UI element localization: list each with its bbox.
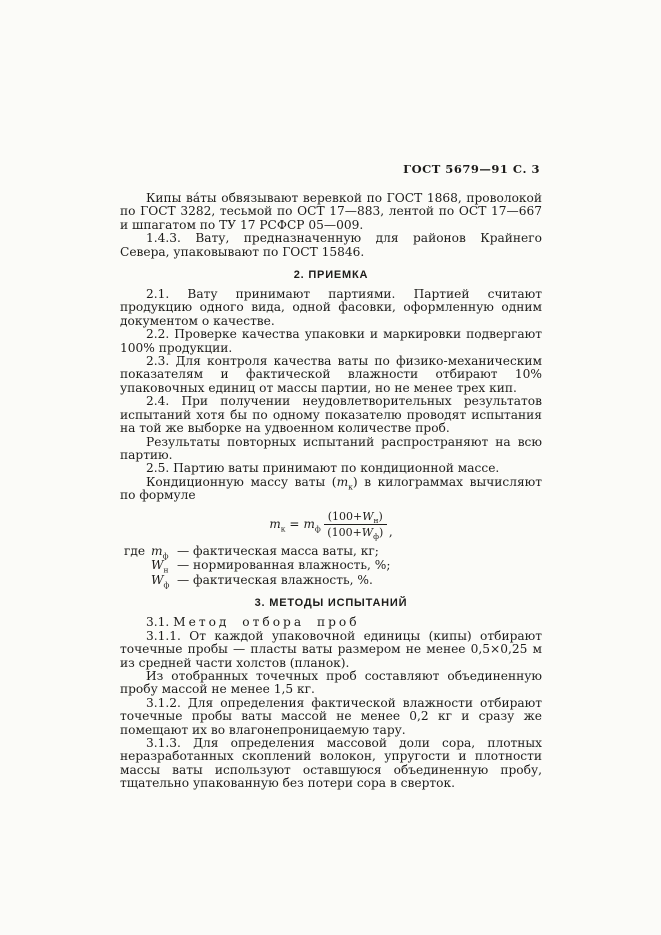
- para-3-1-3: 3.1.3. Для определения массовой доли сор…: [120, 737, 542, 791]
- para-2-1: 2.1. Вату принимают партиями. Партией сч…: [120, 288, 542, 328]
- fraction-denominator: (100+Wф): [324, 525, 387, 539]
- para-3-1-1-combined: Из отобранных точечных проб составляют о…: [120, 670, 542, 697]
- legend-row-m: где mф — фактическая масса ваты, кг;: [124, 544, 542, 559]
- section-2-title: 2. ПРИЕМКА: [120, 269, 542, 281]
- para-2-3: 2.3. Для контроля качества ваты по физик…: [120, 355, 542, 395]
- legend-where-label: где: [124, 544, 151, 559]
- fraction-numerator: (100+Wн): [324, 510, 387, 525]
- formula-fraction: (100+Wн) (100+Wф): [324, 510, 387, 539]
- legend-desc: — нормированная влажность, %;: [177, 558, 542, 573]
- para-3-1-1: 3.1.1. От каждой упаковочной единицы (ки…: [120, 630, 542, 670]
- cond-text-pre: Кондиционную массу ваты (: [146, 475, 337, 489]
- para-3-1-2: 3.1.2. Для определения фактической влажн…: [120, 697, 542, 737]
- section-3-title: 3. МЕТОДЫ ИСПЫТАНИЙ: [120, 597, 542, 609]
- formula-comma: ,: [387, 525, 393, 539]
- legend-desc: — фактическая масса ваты, кг;: [177, 544, 542, 559]
- legend-row-wf: Wф — фактическая влажность, %.: [124, 573, 542, 588]
- legend-var: mф: [151, 544, 177, 559]
- para-2-2: 2.2. Проверке качества упаковки и маркир…: [120, 328, 542, 355]
- legend-row-wn: Wн — нормированная влажность, %;: [124, 558, 542, 573]
- para-1-4-3: 1.4.3. Вату, предназначенную для районов…: [120, 232, 542, 259]
- legend-desc: — фактическая влажность, %.: [177, 573, 542, 588]
- para-2-5: 2.5. Партию ваты принимают по кондиционн…: [120, 462, 542, 475]
- para-2-4-repeat: Результаты повторных испытаний распростр…: [120, 436, 542, 463]
- document-page: ГОСТ 5679—91 С. 3 Кипы ва́ты обвязывают …: [120, 162, 542, 791]
- para-binding-materials: Кипы ва́ты обвязывают веревкой по ГОСТ 1…: [120, 192, 542, 232]
- subsection-3-1-title: 3.1. Метод отбора проб: [120, 616, 542, 629]
- formula-rhs-coefficient: mф: [303, 517, 320, 531]
- cond-var: m: [337, 475, 349, 489]
- legend-var: Wф: [151, 573, 177, 588]
- subsection-label: Метод отбора проб: [173, 615, 359, 629]
- legend-var: Wн: [151, 558, 177, 573]
- para-conditional-mass: Кондиционную массу ваты (mк) в килограмм…: [120, 476, 542, 503]
- formula-legend: где mф — фактическая масса ваты, кг; Wн …: [124, 544, 542, 588]
- subsection-number: 3.1.: [146, 615, 169, 629]
- equals-sign: =: [285, 517, 303, 531]
- formula-lhs: mк: [269, 517, 285, 531]
- page-header: ГОСТ 5679—91 С. 3: [120, 162, 540, 176]
- formula-expression: mк = mф (100+Wн) (100+Wф) ,: [269, 510, 392, 539]
- para-2-4: 2.4. При получении неудовлетворительных …: [120, 395, 542, 435]
- formula-conditional-mass: mк = mф (100+Wн) (100+Wф) ,: [120, 510, 542, 539]
